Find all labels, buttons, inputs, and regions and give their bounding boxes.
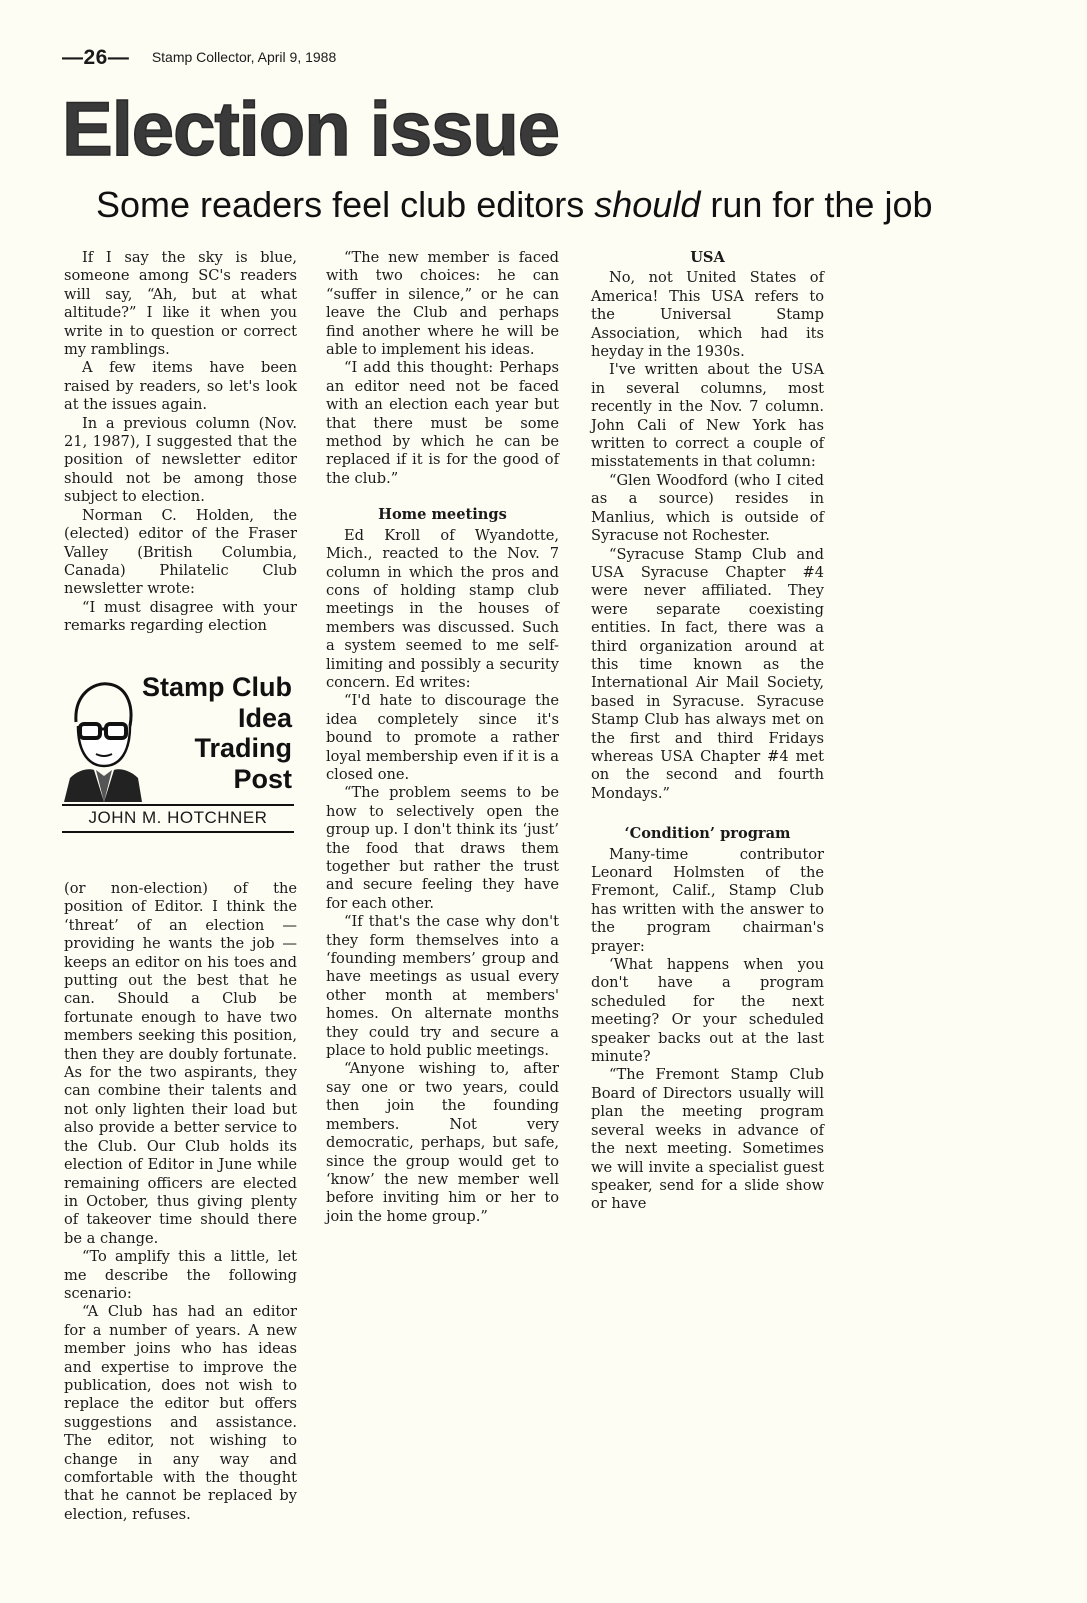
paragraph: I've written about the USA in several co… <box>591 361 824 471</box>
author-byline: JOHN M. HOTCHNER <box>62 808 294 828</box>
section-heading-condition-program: ‘Condition’ program <box>591 825 824 843</box>
paragraph: “I add this thought: Perhaps an editor n… <box>326 359 559 488</box>
divider <box>62 804 294 806</box>
column-logo: Stamp Club Idea Trading Post JOHN M. HOT… <box>62 666 294 836</box>
page-folio: —26— Stamp Collector, April 9, 1988 <box>62 46 336 70</box>
paragraph: A few items have been raised by readers,… <box>64 359 297 414</box>
deck-text-end: run for the job <box>700 184 932 225</box>
page-number: —26— <box>62 46 129 69</box>
column-3: USA No, not United States of America! Th… <box>591 249 824 1214</box>
column-title: Stamp Club Idea Trading Post <box>142 672 292 794</box>
paragraph: If I say the sky is blue, someone among … <box>64 249 297 359</box>
paragraph: “A Club has had an editor for a number o… <box>64 1303 297 1524</box>
deck-emphasis: should <box>594 184 700 225</box>
paragraph: “Glen Woodford (who I cited as a source)… <box>591 472 824 546</box>
paragraph: “To amplify this a little, let me descri… <box>64 1248 297 1303</box>
paragraph: “Syracuse Stamp Club and USA Syracuse Ch… <box>591 546 824 804</box>
paragraph: (or non-election) of the position of Edi… <box>64 880 297 1248</box>
column-title-line: Trading <box>142 733 292 764</box>
paragraph: ‘What happens when you don't have a prog… <box>591 956 824 1066</box>
paragraph: “The Fremont Stamp Club Board of Directo… <box>591 1066 824 1213</box>
paragraph: “If that's the case why don't they form … <box>326 913 559 1060</box>
author-portrait-icon <box>64 674 142 802</box>
paragraph: Norman C. Holden, the (elected) editor o… <box>64 507 297 599</box>
paragraph: No, not United States of America! This U… <box>591 269 824 361</box>
column-title-line: Stamp Club <box>142 672 292 703</box>
column-title-line: Post <box>142 764 292 795</box>
paragraph: “I'd hate to discourage the idea complet… <box>326 692 559 784</box>
section-heading-home-meetings: Home meetings <box>326 506 559 524</box>
paragraph: “Anyone wishing to, after say one or two… <box>326 1060 559 1226</box>
deck-subheadline: Some readers feel club editors should ru… <box>96 184 933 226</box>
paragraph: Many-time contributor Leonard Holmsten o… <box>591 846 824 956</box>
publication-dateline: Stamp Collector, April 9, 1988 <box>152 49 336 65</box>
headline: Election issue <box>62 92 559 168</box>
paragraph: “The new member is faced with two choice… <box>326 249 559 359</box>
column-1: If I say the sky is blue, someone among … <box>64 249 297 636</box>
paragraph: Ed Kroll of Wyandotte, Mich., reacted to… <box>326 527 559 693</box>
divider <box>62 831 294 833</box>
column-title-line: Idea <box>142 703 292 734</box>
paragraph: “I must disagree with your remarks regar… <box>64 599 297 636</box>
section-heading-usa: USA <box>591 249 824 267</box>
deck-text: Some readers feel club editors <box>96 184 594 225</box>
column-2: “The new member is faced with two choice… <box>326 249 559 1226</box>
column-1-continued: (or non-election) of the position of Edi… <box>64 880 297 1524</box>
paragraph: “The problem seems to be how to selectiv… <box>326 784 559 913</box>
paragraph: In a previous column (Nov. 21, 1987), I … <box>64 415 297 507</box>
